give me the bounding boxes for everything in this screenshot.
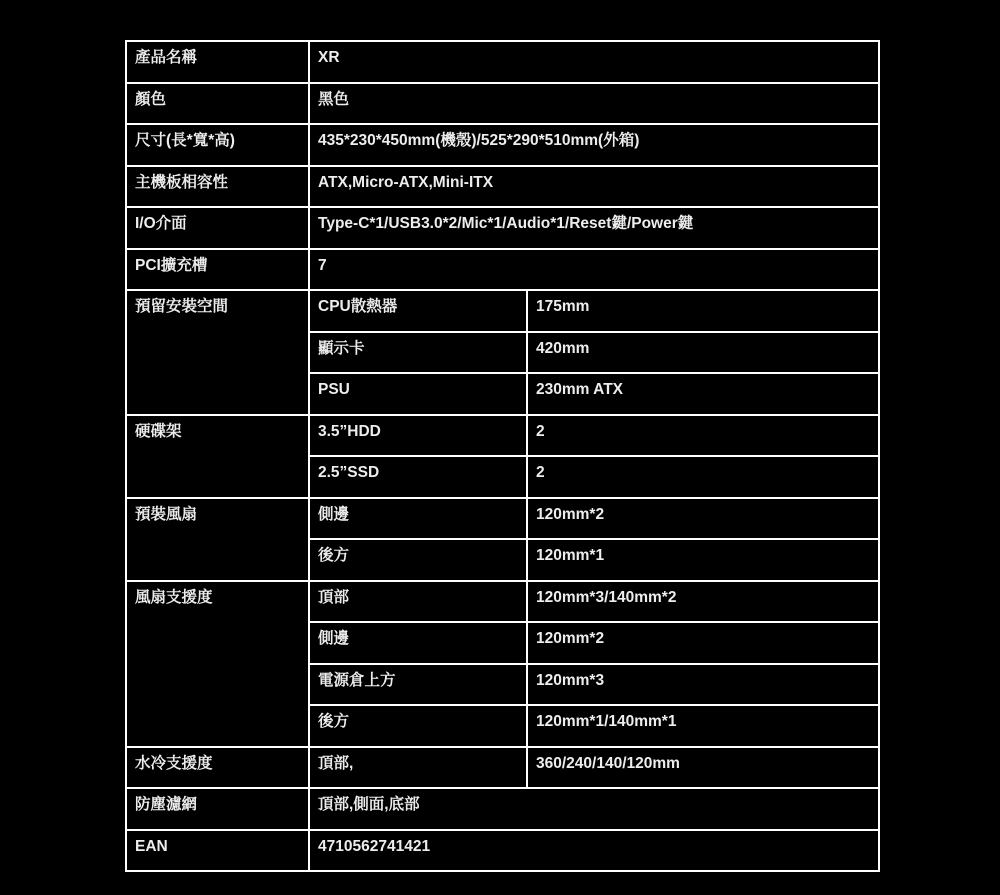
spec-label-fan-support: 風扇支援度 — [126, 581, 309, 747]
spec-label-dust-filter: 防塵濾網 — [126, 788, 309, 830]
spec-label-pci-slots: PCI擴充槽 — [126, 249, 309, 291]
spec-row-io: I/O介面 Type-C*1/USB3.0*2/Mic*1/Audio*1/Re… — [126, 207, 879, 249]
spec-row-dimensions: 尺寸(長*寬*高) 435*230*450mm(機殼)/525*290*510m… — [126, 124, 879, 166]
spec-row-motherboard: 主機板相容性 ATX,Micro-ATX,Mini-ITX — [126, 166, 879, 208]
spec-label-clearance: 預留安裝空間 — [126, 290, 309, 415]
spec-label-ean: EAN — [126, 830, 309, 872]
spec-row-clearance-cpu: 預留安裝空間 CPU散熱器 175mm — [126, 290, 879, 332]
spec-value-fan-psu-shroud: 120mm*3 — [527, 664, 879, 706]
spec-value-preinstalled-rear: 120mm*1 — [527, 539, 879, 581]
spec-value-hdd: 2 — [527, 415, 879, 457]
product-spec-table: 產品名稱 XR 顏色 黑色 尺寸(長*寬*高) 435*230*450mm(機殼… — [125, 40, 880, 872]
spec-label-drive-bays: 硬碟架 — [126, 415, 309, 498]
spec-value-ssd: 2 — [527, 456, 879, 498]
spec-value-dimensions: 435*230*450mm(機殼)/525*290*510mm(外箱) — [309, 124, 879, 166]
spec-row-ean: EAN 4710562741421 — [126, 830, 879, 872]
spec-value-fan-rear: 120mm*1/140mm*1 — [527, 705, 879, 747]
spec-value-pci-slots: 7 — [309, 249, 879, 291]
spec-row-radiator: 水冷支援度 頂部, 360/240/140/120mm — [126, 747, 879, 789]
spec-value-color: 黑色 — [309, 83, 879, 125]
spec-value-fan-top: 120mm*3/140mm*2 — [527, 581, 879, 623]
spec-label-color: 顏色 — [126, 83, 309, 125]
spec-sublabel-fan-psu-shroud: 電源倉上方 — [309, 664, 527, 706]
spec-label-io: I/O介面 — [126, 207, 309, 249]
spec-label-dimensions: 尺寸(長*寬*高) — [126, 124, 309, 166]
spec-label-product-name: 產品名稱 — [126, 41, 309, 83]
spec-sublabel-fan-top: 頂部 — [309, 581, 527, 623]
spec-value-radiator-top: 360/240/140/120mm — [527, 747, 879, 789]
spec-sublabel-fan-side: 側邊 — [309, 622, 527, 664]
spec-value-product-name: XR — [309, 41, 879, 83]
spec-sublabel-cpu-cooler: CPU散熱器 — [309, 290, 527, 332]
spec-row-product-name: 產品名稱 XR — [126, 41, 879, 83]
spec-value-cpu-cooler: 175mm — [527, 290, 879, 332]
spec-row-fan-top: 風扇支援度 頂部 120mm*3/140mm*2 — [126, 581, 879, 623]
spec-value-gpu: 420mm — [527, 332, 879, 374]
spec-value-dust-filter: 頂部,側面,底部 — [309, 788, 879, 830]
spec-label-preinstalled-fans: 預裝風扇 — [126, 498, 309, 581]
spec-sublabel-gpu: 顯示卡 — [309, 332, 527, 374]
spec-row-color: 顏色 黑色 — [126, 83, 879, 125]
spec-row-pci-slots: PCI擴充槽 7 — [126, 249, 879, 291]
spec-sublabel-preinstalled-side: 側邊 — [309, 498, 527, 540]
spec-sublabel-psu: PSU — [309, 373, 527, 415]
spec-sublabel-preinstalled-rear: 後方 — [309, 539, 527, 581]
spec-value-ean: 4710562741421 — [309, 830, 879, 872]
spec-value-fan-side: 120mm*2 — [527, 622, 879, 664]
spec-label-motherboard: 主機板相容性 — [126, 166, 309, 208]
spec-value-preinstalled-side: 120mm*2 — [527, 498, 879, 540]
spec-value-psu: 230mm ATX — [527, 373, 879, 415]
spec-row-preinstalled-side: 預裝風扇 側邊 120mm*2 — [126, 498, 879, 540]
spec-sublabel-radiator-top: 頂部, — [309, 747, 527, 789]
spec-value-motherboard: ATX,Micro-ATX,Mini-ITX — [309, 166, 879, 208]
spec-label-radiator-support: 水冷支援度 — [126, 747, 309, 789]
spec-row-drive-hdd: 硬碟架 3.5”HDD 2 — [126, 415, 879, 457]
spec-sublabel-ssd: 2.5”SSD — [309, 456, 527, 498]
spec-sublabel-fan-rear: 後方 — [309, 705, 527, 747]
spec-sublabel-hdd: 3.5”HDD — [309, 415, 527, 457]
spec-value-io: Type-C*1/USB3.0*2/Mic*1/Audio*1/Reset鍵/P… — [309, 207, 879, 249]
spec-row-dust-filter: 防塵濾網 頂部,側面,底部 — [126, 788, 879, 830]
